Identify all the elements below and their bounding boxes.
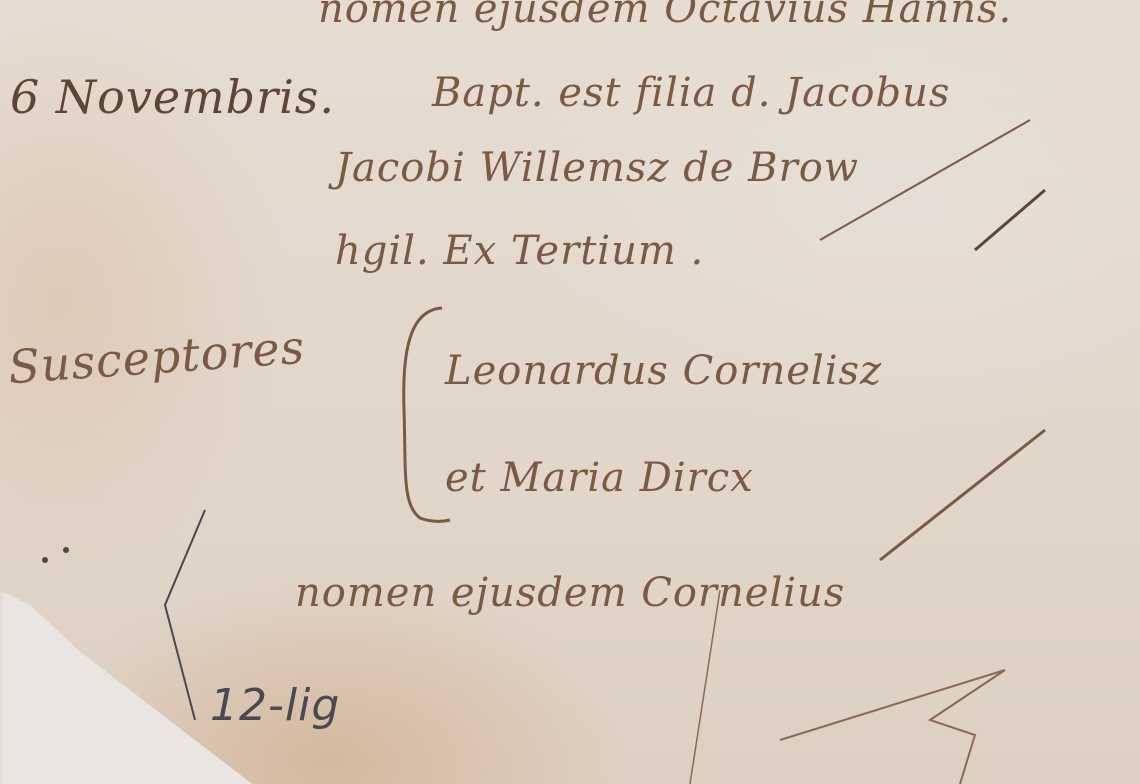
pencil-note: 12-lig (210, 680, 340, 731)
manuscript-page: nomen ejusdem Octavius Hanns. 6 Novembri… (0, 0, 1140, 784)
pen-strokes (0, 0, 1140, 784)
